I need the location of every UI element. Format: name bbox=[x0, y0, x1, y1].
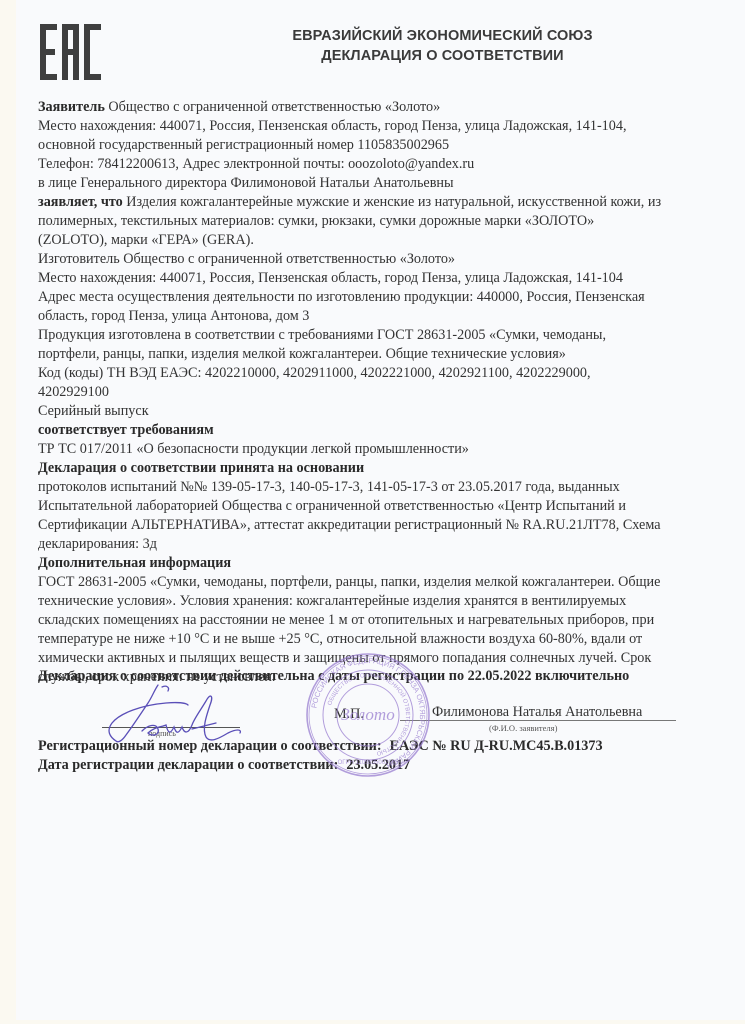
applicant-ogrn: основной государственный регистрационный… bbox=[38, 136, 718, 155]
registration-date-label: Дата регистрации декларации о соответств… bbox=[38, 757, 338, 773]
accreditation: Сертификации АЛЬТЕРНАТИВА», аттестат акк… bbox=[38, 516, 718, 535]
registration-number: Регистрационный номер декларации о соотв… bbox=[38, 738, 603, 755]
signer-name-line bbox=[400, 720, 676, 721]
declares-line: заявляет, что Изделия кожгалантерейные м… bbox=[38, 193, 718, 212]
declaration-body: Заявитель Общество с ограниченной ответс… bbox=[38, 98, 718, 687]
registration-date: Дата регистрации декларации о соответств… bbox=[38, 757, 410, 774]
product-brands: (ZOLOTO), марки «ГЕРА» (GERA). bbox=[38, 231, 718, 250]
test-protocols: протоколов испытаний №№ 139-05-17-3, 140… bbox=[38, 478, 718, 497]
additional-info-2: технические условия». Условия хранения: … bbox=[38, 592, 718, 611]
additional-info-label: Дополнительная информация bbox=[38, 554, 718, 573]
declares-label: заявляет, что bbox=[38, 194, 123, 210]
technical-regulation: ТР ТС 017/2011 «О безопасности продукции… bbox=[38, 440, 718, 459]
additional-info-4: температуре не ниже +10 °С и не выше +25… bbox=[38, 630, 718, 649]
standard-line-cont: портфели, ранцы, папки, изделия мелкой к… bbox=[38, 345, 718, 364]
applicant-name: Общество с ограниченной ответственностью… bbox=[105, 99, 440, 115]
additional-info-3: складских помещениях на расстоянии не ме… bbox=[38, 611, 718, 630]
applicant-line: Заявитель Общество с ограниченной ответс… bbox=[38, 98, 718, 117]
registration-number-label: Регистрационный номер декларации о соотв… bbox=[38, 738, 382, 754]
standard-line: Продукция изготовлена в соответствии с т… bbox=[38, 326, 718, 345]
declaration-scheme: декларирования: 3д bbox=[38, 535, 718, 554]
conforms-label: соответствует требованиям bbox=[38, 421, 718, 440]
production-address: Адрес места осуществления деятельности п… bbox=[38, 288, 718, 307]
union-title: ЕВРАЗИЙСКИЙ ЭКОНОМИЧЕСКИЙ СОЮЗ bbox=[140, 28, 745, 44]
applicant-label: Заявитель bbox=[38, 99, 105, 115]
signature-caption: подпись bbox=[148, 729, 176, 738]
signature-line bbox=[102, 727, 240, 728]
signer-caption: (Ф.И.О. заявителя) bbox=[489, 723, 557, 733]
signer-name: Филимонова Наталья Анатольевна bbox=[432, 704, 642, 721]
document-title: ДЕКЛАРАЦИЯ О СООТВЕТСТВИИ bbox=[140, 48, 745, 64]
applicant-representative: в лице Генерального директора Филимоново… bbox=[38, 174, 718, 193]
validity-period: Декларация о соответствии действительна … bbox=[38, 668, 629, 685]
manufacturer-name: Изготовитель Общество с ограниченной отв… bbox=[38, 250, 718, 269]
basis-label: Декларация о соответствии принята на осн… bbox=[38, 459, 718, 478]
seal-label: М.П. bbox=[334, 706, 364, 723]
eac-letter-c bbox=[84, 24, 101, 80]
manufacturer-address: Место нахождения: 440071, Россия, Пензен… bbox=[38, 269, 718, 288]
applicant-contacts: Телефон: 78412200613, Адрес электронной … bbox=[38, 155, 718, 174]
eac-letter-a bbox=[62, 24, 79, 80]
registration-number-value: ЕАЭС № RU Д-RU.МС45.В.01373 bbox=[390, 738, 603, 754]
product-description: полимерных, текстильных материалов: сумк… bbox=[38, 212, 718, 231]
applicant-address: Место нахождения: 440071, Россия, Пензен… bbox=[38, 117, 718, 136]
tnved-codes-cont: 4202929100 bbox=[38, 383, 718, 402]
production-address-cont: область, город Пенза, улица Антонова, до… bbox=[38, 307, 718, 326]
production-type: Серийный выпуск bbox=[38, 402, 718, 421]
additional-info-1: ГОСТ 28631-2005 «Сумки, чемоданы, портфе… bbox=[38, 573, 718, 592]
test-lab: Испытательной лабораторией Общества с ог… bbox=[38, 497, 718, 516]
tnved-codes: Код (коды) ТН ВЭД ЕАЭС: 4202210000, 4202… bbox=[38, 364, 718, 383]
additional-info-5: химически активных и пылящих веществ и з… bbox=[38, 649, 718, 668]
eac-letter-e bbox=[40, 24, 57, 80]
eac-logo bbox=[40, 24, 104, 80]
registration-date-value: 23.05.2017 bbox=[346, 757, 410, 773]
